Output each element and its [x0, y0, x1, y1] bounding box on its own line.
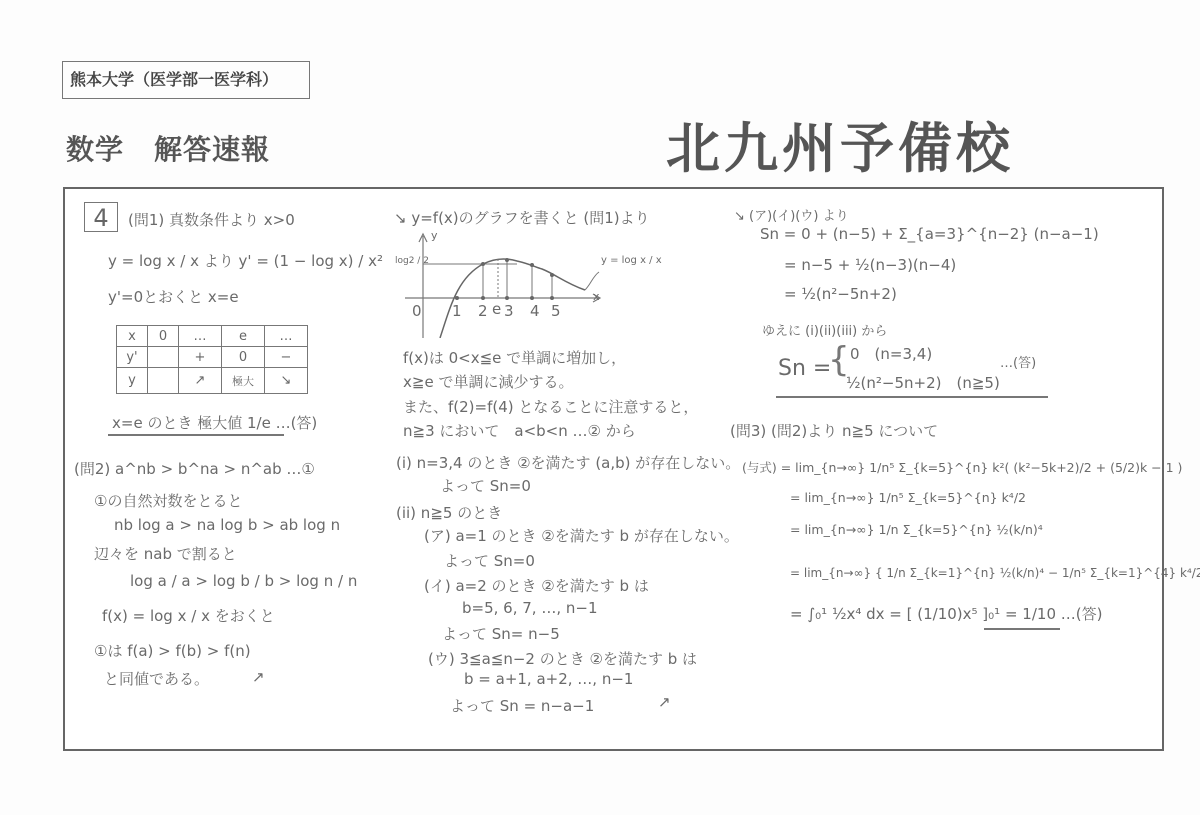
case-i: (i) n=3,4 のとき ②を満たす (a,b) が存在しない。	[396, 452, 740, 473]
monotonic-2: x≧e で単調に減少する。	[403, 371, 573, 392]
sn-lhs: Sn =	[778, 356, 831, 381]
table-cell: 極大	[222, 368, 265, 394]
table-row: x 0 … e …	[117, 326, 308, 347]
subject-label: 数学	[66, 133, 124, 166]
table-cell: y'	[117, 347, 148, 368]
x-tick-3: 3	[504, 302, 514, 320]
q2-line8: と同値である。	[104, 668, 209, 689]
q1-line3: y'=0とおくと x=e	[108, 286, 239, 307]
function-graph	[395, 228, 620, 338]
q3-header: (問3) (問2)より n≧5 について	[730, 420, 938, 441]
table-cell: x	[117, 326, 148, 347]
case-i-result: よって Sn=0	[440, 475, 531, 496]
table-cell	[148, 347, 179, 368]
q2-inequality: a^nb > b^na > n^ab …①	[115, 460, 315, 478]
graph-intro: ↘ y=f(x)のグラフを書くと (問1)より	[394, 207, 650, 228]
continue-arrow-icon: ↗	[252, 668, 265, 686]
table-row: y ↗ 極大 ↘	[117, 368, 308, 394]
q2-line4: 辺々を nab で割ると	[94, 543, 237, 564]
limit-line-2: = lim_{n→∞} 1/n⁵ Σ_{k=5}^{n} k⁴/2	[790, 490, 1026, 505]
q2-line2: ①の自然対数をとると	[94, 490, 242, 511]
x-tick-4: 4	[530, 302, 540, 320]
condition-2: n≧3 において a<b<n …② から	[403, 420, 636, 441]
table-row: y' + 0 −	[117, 347, 308, 368]
case-c-result: よって Sn = n−a−1	[450, 695, 594, 716]
limit-line-3: = lim_{n→∞} 1/n Σ_{k=5}^{n} ½(k/n)⁴	[790, 522, 1043, 537]
q2-line6: f(x) = log x / x をおくと	[102, 605, 275, 626]
x-tick-0: 0	[412, 302, 422, 320]
case-b-values: b=5, 6, 7, …, n−1	[462, 599, 597, 617]
q2-line1: (問2) a^nb > b^na > n^ab …①	[74, 458, 315, 479]
answer-underline	[984, 628, 1060, 630]
table-cell: +	[179, 347, 222, 368]
q2-label: (問2)	[74, 460, 110, 478]
table-cell	[148, 368, 179, 394]
case-a-result: よって Sn=0	[444, 550, 535, 571]
q1-line2: y = log x / x より y' = (1 − log x) / x²	[108, 250, 383, 271]
sn-case-1: 0 (n=3,4)	[850, 343, 932, 364]
therefore-line: ゆえに (i)(ii)(iii) から	[762, 320, 887, 339]
x-tick-2: 2	[478, 302, 488, 320]
case-c-values: b = a+1, a+2, …, n−1	[464, 670, 633, 688]
q3-label: (問3)	[730, 422, 766, 440]
case-a: (ア) a=1 のとき ②を満たす b が存在しない。	[424, 525, 739, 546]
table-cell: 0	[222, 347, 265, 368]
q1-domain: 真数条件より x>0	[169, 211, 295, 229]
case-b-result: よって Sn= n−5	[442, 623, 560, 644]
table-cell: …	[179, 326, 222, 347]
limit-line-4: = lim_{n→∞} { 1/n Σ_{k=1}^{n} ½(k/n)⁴ − …	[790, 566, 1200, 580]
y-tick-label: log2 / 2	[395, 256, 429, 266]
answer-tag: …(答)	[1000, 352, 1036, 371]
sum-line-2: = n−5 + ½(n−3)(n−4)	[784, 256, 956, 274]
university-label: 熊本大学（医学部一医学科）	[62, 61, 310, 99]
q2-line7: ①は f(a) > f(b) > f(n)	[94, 640, 251, 661]
x-axis-label: x	[593, 290, 600, 303]
q2-line3: nb log a > na log b > ab log n	[114, 516, 340, 534]
x-tick-5: 5	[551, 302, 561, 320]
sn-case-2: ½(n²−5n+2) (n≧5)	[846, 372, 1000, 393]
x-tick-1: 1	[452, 302, 462, 320]
table-cell: ↗	[179, 368, 222, 394]
q1-connector: より	[204, 252, 234, 270]
sum-line-1: Sn = 0 + (n−5) + Σ_{a=3}^{n−2} (n−a−1)	[760, 225, 1099, 243]
x-tick-e: e	[492, 300, 501, 318]
table-cell: −	[265, 347, 308, 368]
q1-answer: x=e のとき 極大値 1/e …(答)	[112, 412, 317, 433]
y-axis-label: y	[431, 229, 438, 242]
curve-label: y = log x / x	[601, 255, 662, 266]
table-cell: ↘	[265, 368, 308, 394]
doc-type-label: 解答速報	[154, 133, 270, 166]
q1-function: y = log x / x	[108, 252, 199, 270]
integral-expression: = ∫₀¹ ½x⁴ dx = [ (1/10)x⁵ ]₀¹ =	[790, 605, 1022, 623]
sum-line-3: = ½(n²−5n+2)	[784, 285, 897, 303]
q1-label: (問1)	[128, 211, 164, 229]
case-c: (ウ) 3≦a≦n−2 のとき ②を満たす b は	[428, 648, 697, 669]
monotonic-1: f(x)は 0<x≦e で単調に増加し，	[403, 347, 626, 368]
col3-intro: ↘ (ア)(イ)(ウ) より	[734, 205, 849, 224]
q2-line5: log a / a > log b / b > log n / n	[130, 572, 357, 590]
limit-line-1: (与式) = lim_{n→∞} 1/n⁵ Σ_{k=5}^{n} k²( (k…	[742, 458, 1182, 476]
continue-arrow-icon: ↗	[658, 693, 671, 711]
case-b: (イ) a=2 のとき ②を満たす b は	[424, 575, 649, 596]
final-answer: 1/10	[1022, 605, 1056, 623]
brand-logo: 北九州予備校	[666, 106, 1014, 183]
q3-intro: (問2)より n≧5 について	[771, 422, 938, 440]
table-cell: …	[265, 326, 308, 347]
increase-decrease-table: x 0 … e … y' + 0 − y ↗ 極大 ↘	[116, 325, 308, 394]
answer-underline	[108, 434, 284, 436]
note-f2-f4: また、f(2)=f(4) となることに注意すると，	[403, 396, 698, 417]
q1-line1: (問1) 真数条件より x>0	[128, 209, 295, 230]
limit-line-5: = ∫₀¹ ½x⁴ dx = [ (1/10)x⁵ ]₀¹ = 1/10 …(答…	[790, 603, 1102, 624]
answer-tag: …(答)	[1061, 605, 1103, 623]
table-cell: e	[222, 326, 265, 347]
problem-number: 4	[84, 202, 118, 232]
table-cell: y	[117, 368, 148, 394]
case-ii: (ii) n≧5 のとき	[396, 502, 502, 523]
document-title: 数学解答速報	[66, 128, 270, 168]
q1-derivative: y' = (1 − log x) / x²	[239, 252, 383, 270]
table-cell: 0	[148, 326, 179, 347]
answer-underline	[776, 396, 1048, 398]
